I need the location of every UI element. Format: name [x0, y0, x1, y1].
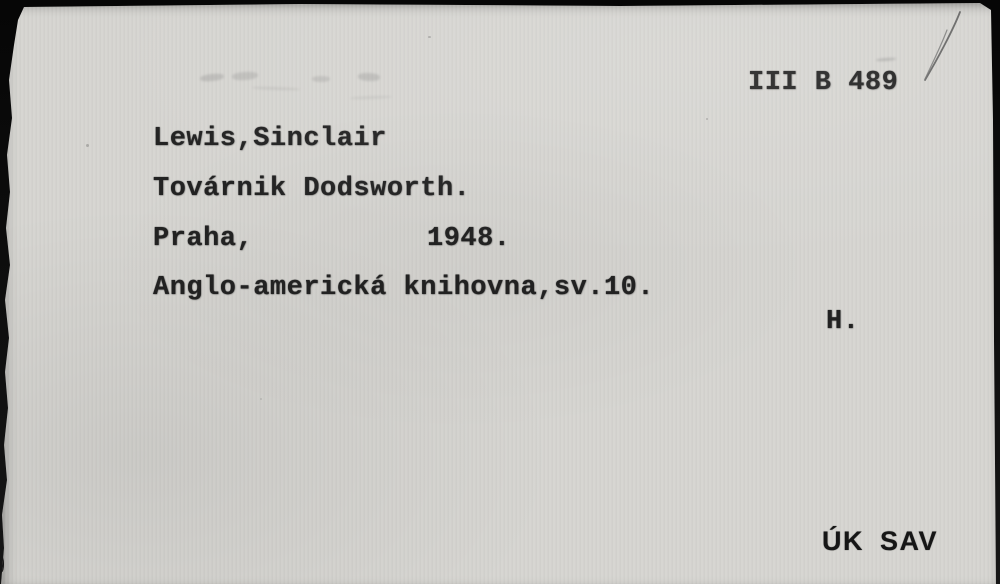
publication-year: 1948.	[427, 226, 511, 253]
catalog-card: III B 489 Lewis,Sinclair Továrnik Dodswo…	[0, 0, 1000, 584]
paper-speck	[428, 36, 431, 38]
ghost-smudge	[358, 72, 380, 81]
ghost-smudge	[200, 73, 225, 82]
series-line: Anglo-americká knihovna,sv.10.	[153, 275, 654, 302]
ghost-smudge	[252, 86, 300, 91]
faint-pen-dash	[876, 57, 896, 61]
ghost-smudge	[312, 76, 330, 82]
paper-speck	[706, 118, 708, 120]
ghost-smudge	[350, 95, 392, 99]
paper-speck	[86, 144, 89, 147]
publication-place: Praha,	[153, 226, 253, 253]
scan-edge-artifact	[0, 556, 4, 572]
paper-speck	[260, 398, 262, 400]
annotation-letter: H.	[826, 309, 859, 336]
pen-checkmark-icon	[913, 6, 971, 88]
ghost-smudge	[232, 71, 258, 81]
library-stamp: ÚK SAV	[822, 528, 938, 555]
call-number: III B 489	[748, 70, 898, 97]
author-line: Lewis,Sinclair	[153, 126, 387, 153]
scanned-catalog-card-image: III B 489 Lewis,Sinclair Továrnik Dodswo…	[0, 0, 1000, 584]
title-line: Továrnik Dodsworth.	[153, 176, 470, 203]
